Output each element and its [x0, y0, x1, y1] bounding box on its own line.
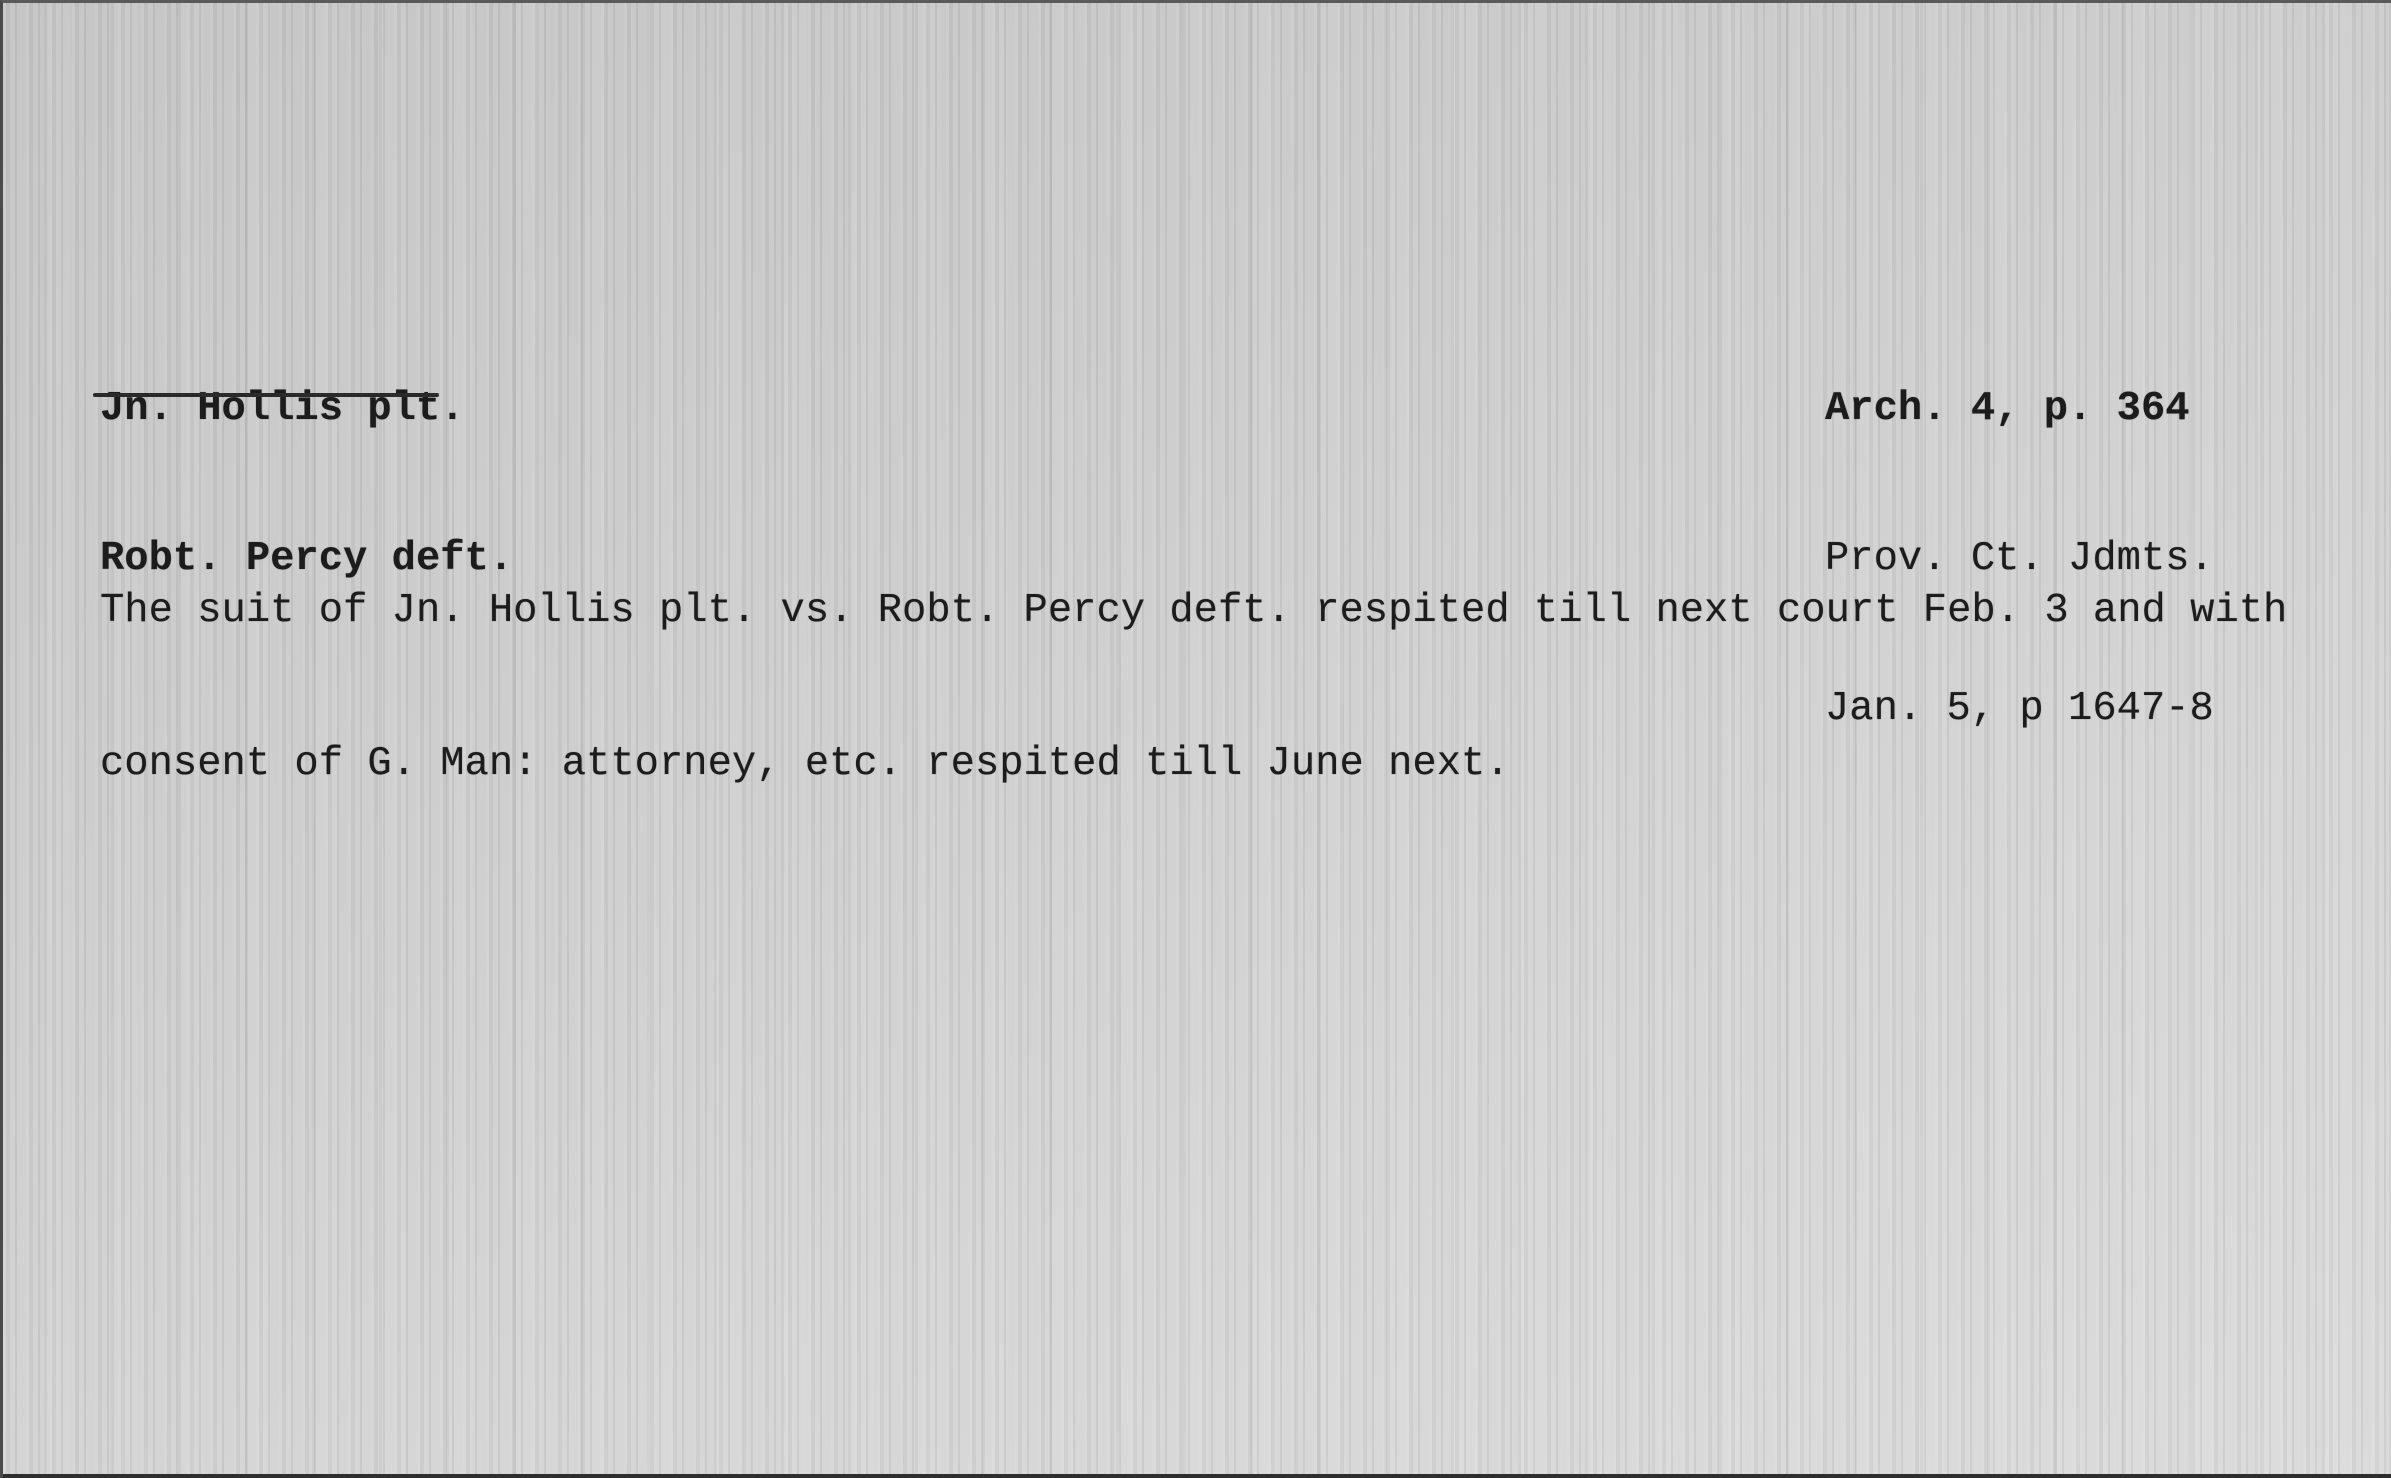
index-card: Jn. Hollis plt. Robt. Percy deft. Arch. …	[0, 0, 2391, 1478]
case-summary: The suit of Jn. Hollis plt. vs. Robt. Pe…	[100, 485, 2287, 891]
parties-underline	[93, 393, 439, 397]
archive-reference: Arch. 4, p. 364	[1825, 384, 2214, 434]
summary-line-2: consent of G. Man: attorney, etc. respit…	[100, 738, 2287, 791]
plaintiff-line: Jn. Hollis plt.	[100, 384, 513, 434]
summary-line-1: The suit of Jn. Hollis plt. vs. Robt. Pe…	[100, 585, 2287, 638]
